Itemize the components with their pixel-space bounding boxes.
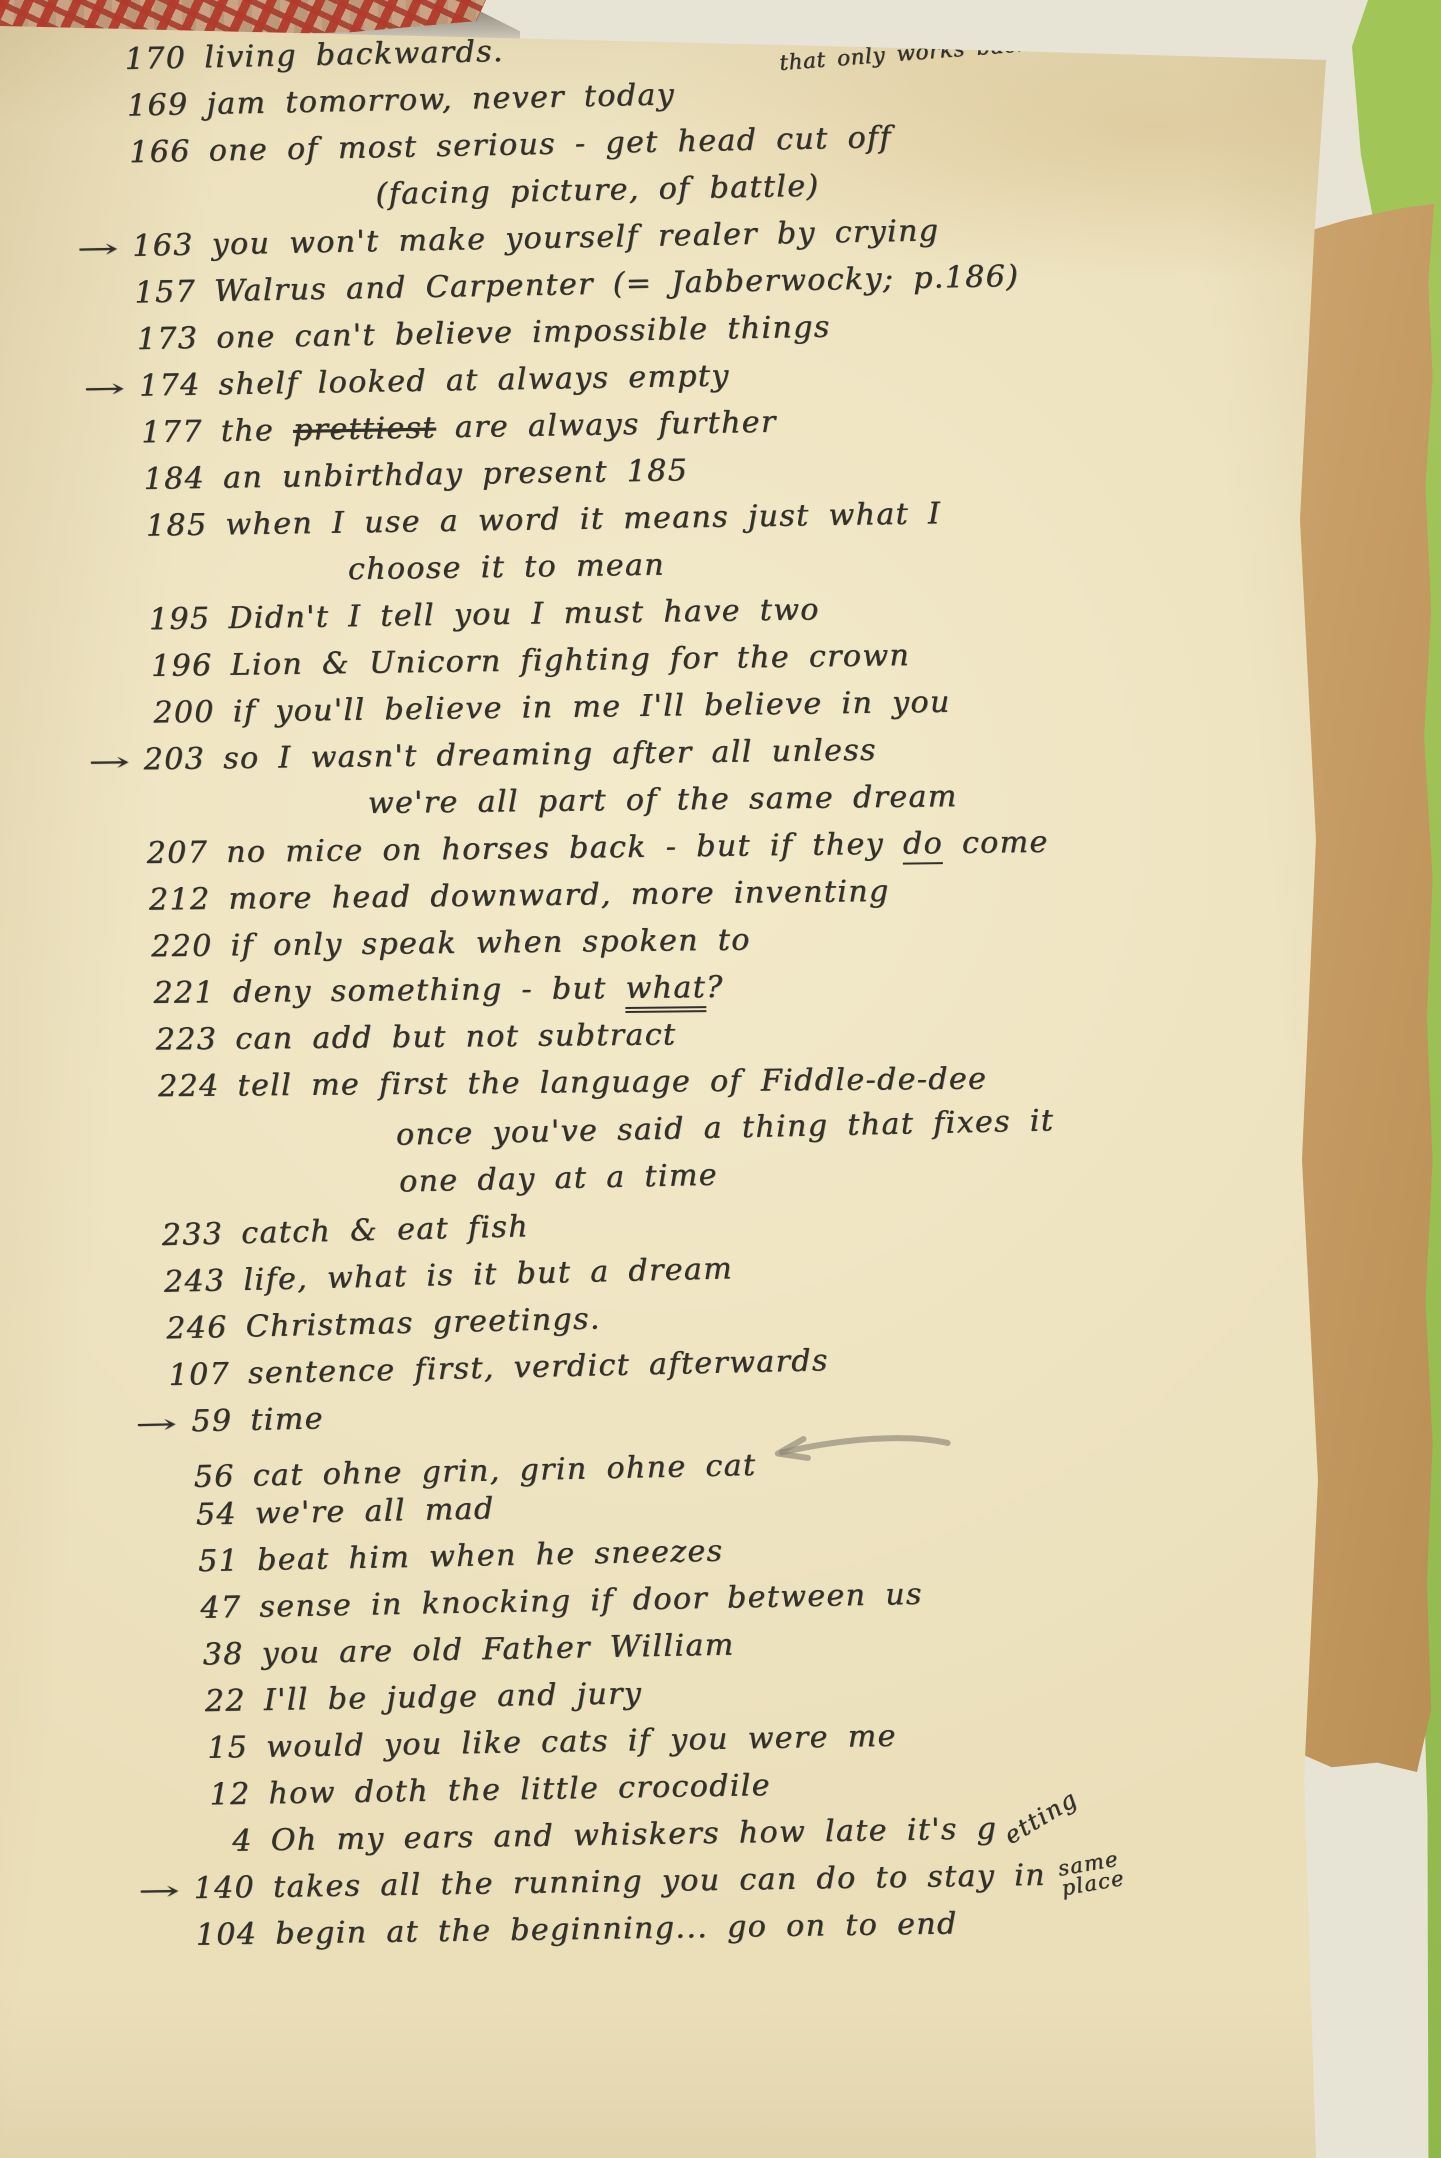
page-number-column: 107: [80, 1357, 231, 1395]
page-number: 157: [134, 274, 196, 310]
entry-text: I'll be judge and jury: [264, 1676, 643, 1718]
entry-text: we're all mad: [254, 1491, 494, 1531]
page-number: 177: [141, 414, 203, 450]
page-number-column: 243: [75, 1263, 226, 1302]
page-number: 233: [161, 1217, 223, 1253]
page-number-column: 15: [98, 1730, 249, 1768]
margin-arrow-icon: →: [137, 1876, 182, 1907]
page-number: 56: [193, 1459, 235, 1495]
stacked-margin-note: sameplace: [1057, 1848, 1127, 1898]
page-number-column: 4: [102, 1824, 253, 1861]
page-number: 196: [151, 648, 213, 684]
page-number-column: 207: [58, 835, 208, 872]
page-number: 4: [232, 1824, 253, 1859]
page-number-column: 220: [62, 929, 212, 966]
entry-text: you are old Father William: [261, 1628, 734, 1672]
page-number: 15: [207, 1730, 249, 1766]
page-number-column: 173: [48, 321, 199, 359]
page-number-column: 177: [52, 414, 203, 452]
page-number: 38: [202, 1637, 244, 1673]
page-number: 195: [149, 601, 211, 637]
entry-text: an unbirthday present 185: [223, 453, 689, 495]
margin-annotation-line: It's a poor sort of memory: [776, 1, 1098, 52]
page-number-column: 170: [36, 41, 187, 79]
page-number: 140: [193, 1870, 255, 1906]
page-number: 221: [153, 975, 215, 1011]
page-number-column: 54: [86, 1497, 237, 1535]
entry-text: if only speak when spoken to: [230, 923, 750, 964]
page-number: 22: [205, 1683, 247, 1719]
page-number-column: →59: [82, 1403, 233, 1441]
entry-text: Didn't I tell you I must have two: [228, 592, 820, 636]
entry-text-continued: we're all part of the same dream: [368, 779, 958, 821]
margin-arrow-icon: →: [76, 234, 121, 265]
page-number-column: [58, 581, 208, 583]
entry-text: deny something - but what?: [233, 970, 724, 1010]
double-underlined-word: what: [625, 970, 706, 1013]
page-number-column: 47: [91, 1590, 242, 1628]
page-number-column: 169: [38, 87, 189, 125]
page-number-column: →203: [55, 742, 205, 779]
page-number: 185: [146, 508, 208, 544]
underlined-word: do: [903, 826, 944, 864]
entry-text-continued: (facing picture, of battle): [375, 169, 820, 212]
margin-annotation: It's a poor sort of memorythat only work…: [776, 1, 1100, 78]
page-number: 173: [136, 321, 198, 357]
page-number: 47: [200, 1590, 242, 1626]
page-number-column: 223: [67, 1022, 217, 1058]
page-number: 212: [149, 882, 211, 918]
page-number-column: 56: [84, 1459, 235, 1497]
page-number: 223: [156, 1022, 218, 1058]
page-number-column: [86, 207, 236, 210]
entry-text: so I wasn't dreaming after all unless: [223, 733, 877, 776]
margin-arrow-icon: →: [135, 1410, 180, 1441]
page-number: 169: [127, 87, 189, 123]
page-number: 174: [139, 368, 201, 404]
margin-arrow-icon: →: [83, 374, 128, 405]
page-number: 184: [143, 461, 205, 497]
entry-text: how doth the little crocodile: [268, 1768, 771, 1811]
margin-arrow-icon: →: [87, 748, 131, 779]
entry-text: shelf looked at always empty: [218, 359, 730, 403]
entry-text: Christmas greetings.: [245, 1301, 601, 1344]
entries-list: 170living backwards.It's a poor sort of …: [30, 21, 1348, 1967]
page-number-column: [106, 1148, 256, 1151]
page-number-column: 38: [93, 1637, 244, 1675]
page-number: 207: [146, 835, 208, 871]
page-number-column: 221: [65, 975, 215, 1012]
entry-text-continued: choose it to mean: [348, 548, 665, 588]
page-number: 107: [168, 1357, 230, 1393]
page-number: 220: [151, 929, 213, 965]
page-number: 200: [153, 695, 215, 731]
page-number: 12: [209, 1777, 251, 1813]
page-number-column: [78, 815, 228, 817]
page-number-column: 22: [96, 1683, 247, 1721]
page-number-column: →140: [105, 1870, 256, 1907]
page-number: 246: [166, 1310, 228, 1346]
page-number-column: 185: [57, 508, 208, 545]
page-number-column: 212: [60, 882, 210, 919]
page-number: 51: [198, 1543, 240, 1579]
entry-text: tell me first the language of Fiddle-de-…: [237, 1062, 987, 1104]
page-number-column: 157: [46, 274, 197, 312]
page-number: 104: [196, 1917, 258, 1953]
page-number: 203: [143, 742, 205, 778]
entry-text: more head downward, more inventing: [228, 874, 890, 917]
page-number-column: →174: [50, 368, 201, 406]
page-number: 163: [132, 228, 194, 264]
struck-word: prettiest: [293, 410, 436, 447]
page-number-column: 51: [89, 1543, 240, 1581]
entry-text-continued: one day at a time: [399, 1158, 718, 1200]
note-sheet: 170living backwards.It's a poor sort of …: [0, 0, 1441, 2158]
page-number-column: 224: [69, 1069, 219, 1105]
entry-text: living backwards.: [204, 34, 504, 75]
page-number-column: 12: [100, 1777, 251, 1815]
entry-text: time: [250, 1401, 324, 1438]
page-number: 54: [195, 1497, 237, 1533]
page-number-column: [109, 1195, 259, 1198]
entry-text: catch & eat fish: [241, 1209, 529, 1251]
page-number-column: 196: [62, 648, 212, 685]
page-number-column: 166: [40, 134, 191, 172]
page-number: 224: [158, 1069, 220, 1105]
page-number-column: 233: [73, 1217, 224, 1256]
entry-text: can add but not subtract: [235, 1017, 676, 1056]
page-number-column: →163: [43, 228, 194, 266]
page-number-column: 104: [107, 1917, 258, 1954]
page-number-column: 246: [77, 1310, 228, 1348]
page-number-column: 184: [55, 461, 206, 498]
page-number-column: 200: [65, 695, 215, 732]
page-number: 166: [129, 134, 191, 170]
page-number: 170: [124, 41, 186, 77]
page-number: 243: [164, 1263, 226, 1299]
page-number-column: 195: [60, 601, 211, 638]
pencil-arrow-icon: [766, 1427, 957, 1467]
page-number: 59: [191, 1403, 233, 1439]
